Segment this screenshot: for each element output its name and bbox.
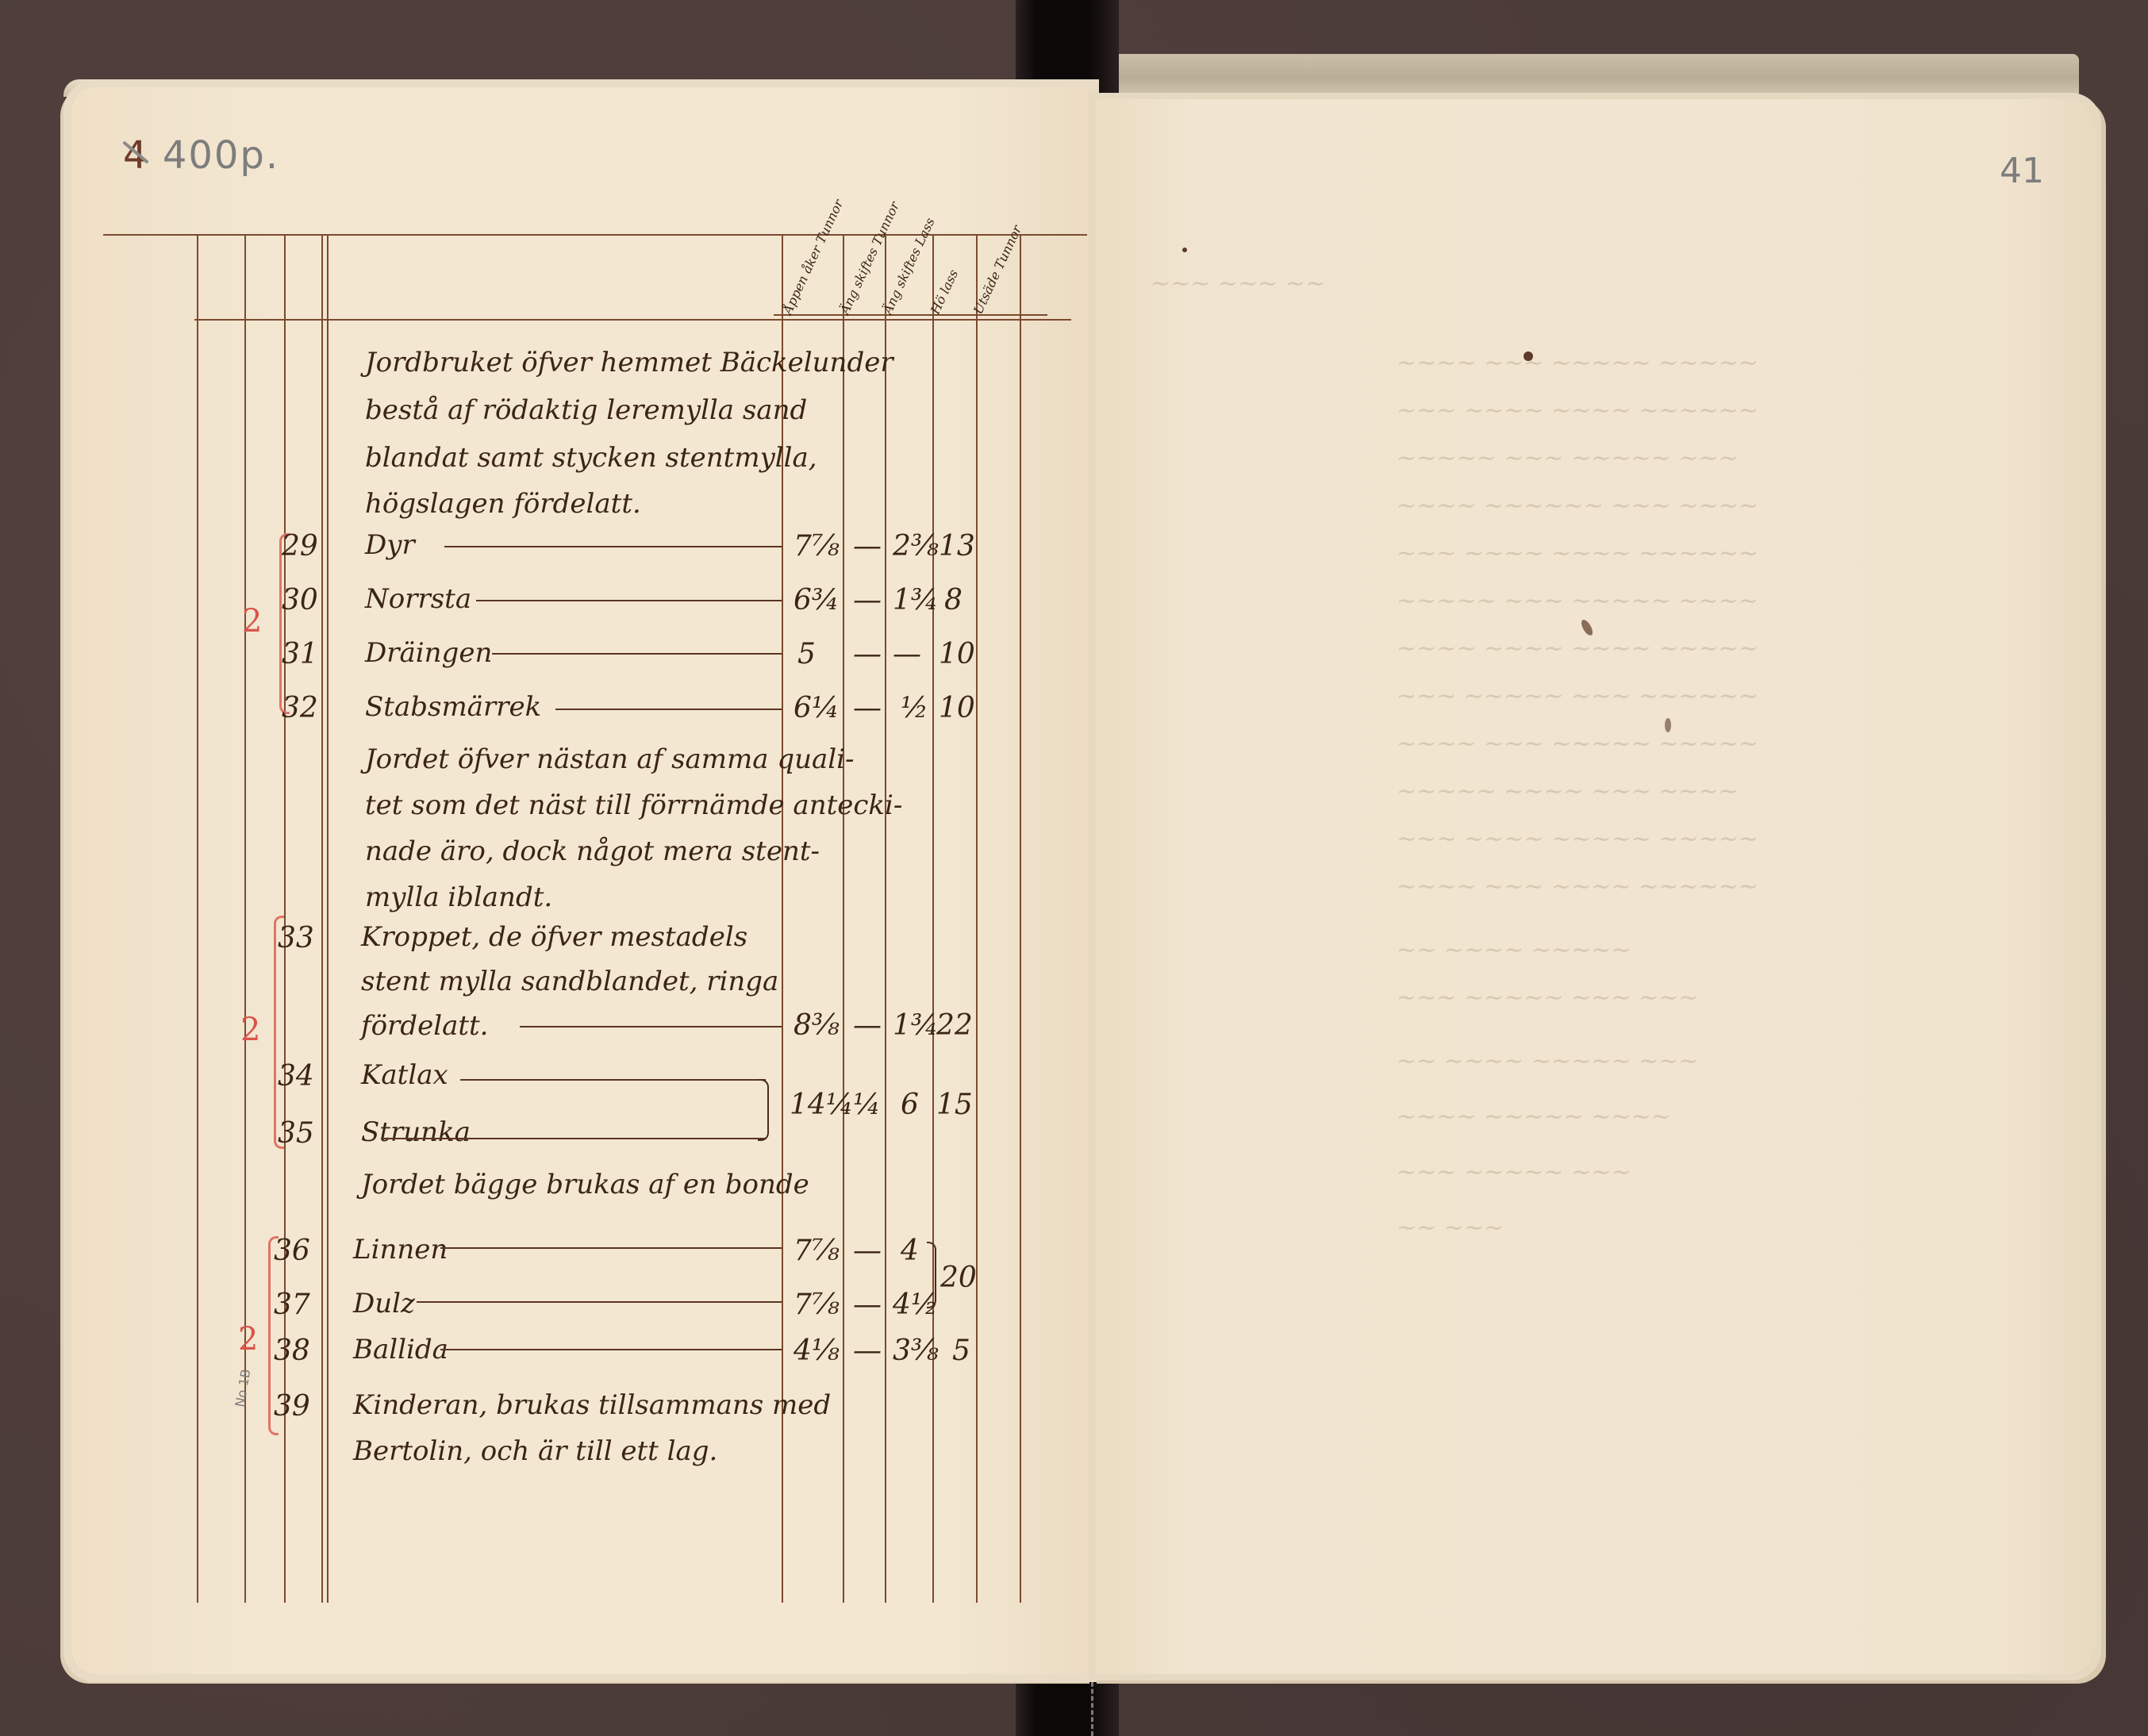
leader-line — [444, 546, 782, 547]
row-name: Linnen — [353, 1228, 448, 1271]
row-number: 37 — [274, 1289, 310, 1321]
value-col-2: — — [853, 638, 882, 670]
leader-line — [417, 1301, 782, 1303]
row-number: 31 — [282, 638, 318, 670]
bleed-through-text: ~~~ ~~~~~ ~~~ ~~~~~~ — [1395, 682, 1761, 710]
col-rule-g — [885, 234, 886, 1603]
leader-line — [555, 709, 782, 710]
bleed-through-text: ~~ ~~~~ ~~~~~ — [1395, 936, 1633, 964]
bleed-through-text: ~~ ~~~ — [1395, 1214, 1506, 1242]
value-col-4: 20 — [940, 1262, 977, 1294]
value-col-2: — — [853, 1009, 882, 1042]
bleed-through-text: ~~~~ ~~~ ~~~~ ~~~~~~ — [1395, 873, 1761, 901]
header-rule — [103, 234, 1087, 236]
value-col-4: 22 — [936, 1009, 973, 1042]
red-group-label-3: 2 — [238, 1321, 258, 1358]
value-col-1: 7⅞ — [793, 1289, 840, 1321]
row-name: Dulz — [353, 1282, 415, 1325]
col-rule-a — [197, 234, 198, 1603]
value-col-2: — — [853, 1335, 882, 1367]
row-name-cont: fördelatt. — [361, 1004, 488, 1047]
middle-line-3: nade äro, dock något mera stent- — [365, 830, 820, 873]
value-col-4: 10 — [939, 692, 975, 724]
value-col-1: 8⅜ — [793, 1009, 840, 1042]
col-rule-j — [1020, 234, 1021, 1603]
bleed-through-text: ~~~ ~~~ ~~ — [1149, 270, 1328, 298]
leader-line — [381, 1138, 766, 1139]
value-col-4: 15 — [936, 1089, 973, 1121]
pencil-ref-text: 400p. — [163, 133, 279, 178]
bleed-through-text: ~~~ ~~~~~ ~~~ ~~~ — [1395, 984, 1700, 1012]
value-col-3: 1¾ — [893, 584, 939, 616]
value-col-3: 3⅜ — [893, 1335, 939, 1367]
ink-spot — [1665, 718, 1671, 732]
value-bracket-36-37 — [927, 1242, 936, 1308]
middle-line-1: Jordet öfver nästan af samma quali- — [365, 738, 855, 781]
value-col-2: — — [853, 584, 882, 616]
row-number: 30 — [282, 584, 318, 616]
intro-line-2: bestå af rödaktig leremylla sand — [365, 389, 807, 432]
value-col-2: — — [853, 1235, 882, 1267]
value-col-1: 7⅞ — [793, 530, 840, 563]
row-name: Stabsmärrek — [365, 686, 541, 728]
value-col-3: ½ — [901, 692, 928, 724]
value-col-4: 13 — [939, 530, 975, 563]
red-group-label-1: 2 — [242, 603, 262, 639]
leader-line — [440, 1247, 782, 1249]
header-bottom-rule — [194, 319, 1071, 321]
bleed-through-text: ~~~ ~~~~ ~~~~ ~~~~~~ — [1395, 397, 1761, 424]
bleed-through-text: ~~~~ ~~~~~~ ~~~ ~~~~ — [1395, 492, 1761, 520]
bleed-through-text: ~~~~ ~~~~~ ~~~~ — [1395, 1103, 1673, 1131]
value-col-1: 5 — [797, 638, 816, 670]
intro-line-3: blandat samt stycken stentmylla, — [365, 436, 817, 479]
row-number: 38 — [274, 1335, 310, 1367]
col-rule-h — [932, 234, 934, 1603]
row-name: Katlax — [361, 1054, 448, 1097]
intro-line-1: Jordbruket öfver hemmet Bäckelunder — [365, 341, 893, 384]
value-col-2: — — [853, 692, 882, 724]
ink-spot — [1182, 248, 1187, 252]
row-bracket-34-35 — [758, 1079, 769, 1141]
value-col-2: — — [853, 1289, 882, 1321]
row-name: Dräingen — [365, 632, 492, 674]
row-name-cont: Bertolin, och är till ett lag. — [353, 1430, 717, 1473]
ink-spot — [1524, 351, 1533, 361]
value-col-1: 4⅛ — [793, 1335, 840, 1367]
leader-line — [520, 1026, 782, 1027]
intro-line-4: högslagen fördelatt. — [365, 482, 641, 525]
value-col-2: ¼ — [853, 1089, 881, 1121]
value-col-3: 1¾ — [893, 1009, 939, 1042]
value-col-4: 8 — [944, 584, 963, 616]
lower-text: Jordet bägge brukas af en bonde — [361, 1163, 809, 1206]
bleed-through-text: ~~~~ ~~~~ ~~~~ ~~~~~ — [1395, 635, 1761, 663]
leader-line — [476, 600, 782, 601]
leader-line — [440, 1349, 782, 1350]
row-number: 39 — [274, 1390, 310, 1423]
bleed-through-text: ~~~~~ ~~~ ~~~~~ ~~~~ — [1395, 587, 1761, 615]
value-col-3: 6 — [901, 1089, 919, 1121]
struck-number: 4 — [123, 133, 149, 178]
col-rule-d — [321, 234, 323, 1603]
row-name-cont: stent mylla sandblandet, ringa — [361, 960, 778, 1003]
folio-number: 41 — [2000, 151, 2044, 191]
value-col-1: 7⅞ — [793, 1235, 840, 1267]
row-number: 35 — [278, 1117, 314, 1150]
bleed-through-text: ~~~~~ ~~~ ~~~~~ ~~~ — [1395, 444, 1741, 472]
col-rule-f — [843, 234, 844, 1603]
row-number: 33 — [278, 922, 314, 954]
header-bottom-rule-double — [774, 314, 1047, 316]
bleed-through-text: ~~~~~ ~~~~ ~~~ ~~~~ — [1395, 778, 1741, 805]
row-name: Kinderan, brukas tillsammans med — [353, 1384, 831, 1427]
value-col-4: 10 — [939, 638, 975, 670]
value-col-2: — — [853, 530, 882, 563]
value-col-1: 6¾ — [793, 584, 840, 616]
value-col-1: 14¼ — [790, 1089, 854, 1121]
row-number: 34 — [278, 1060, 314, 1093]
bleed-through-text: ~~~ ~~~~ ~~~~~ ~~~~~ — [1395, 825, 1761, 853]
value-col-4: 5 — [952, 1335, 970, 1367]
row-number: 29 — [282, 530, 318, 563]
right-page-stack-edge — [1111, 54, 2079, 102]
value-col-1: 6¼ — [793, 692, 840, 724]
bleed-through-text: ~~~~ ~~~ ~~~~~ ~~~~~ — [1395, 349, 1761, 377]
row-name: Kroppet, de öfver mestadels — [361, 916, 747, 958]
col-rule-i — [976, 234, 978, 1603]
leader-line — [492, 653, 782, 655]
pencil-reference: 4 400p. — [123, 133, 279, 178]
bleed-through-text: ~~~ ~~~~~ ~~~ — [1395, 1158, 1633, 1186]
value-col-3: 2⅜ — [893, 530, 939, 563]
leader-line — [460, 1079, 766, 1081]
row-name: Dyr — [365, 524, 415, 567]
row-name: Ballida — [353, 1328, 448, 1371]
middle-line-2: tet som det näst till förrnämde antecki- — [365, 784, 902, 827]
red-group-label-2: 2 — [240, 1012, 260, 1048]
value-col-3: 4 — [901, 1235, 919, 1267]
bleed-through-text: ~~~ ~~~~ ~~~~ ~~~~~~ — [1395, 540, 1761, 567]
row-number: 32 — [282, 692, 318, 724]
bleed-through-text: ~~ ~~~~ ~~~~~ ~~~ — [1395, 1047, 1700, 1075]
row-number: 36 — [274, 1235, 310, 1267]
row-name: Strunka — [361, 1111, 471, 1154]
bleed-through-text: ~~~~ ~~~ ~~~~~ ~~~~~ — [1395, 730, 1761, 758]
col-rule-d2 — [327, 234, 329, 1603]
value-col-3: — — [893, 638, 921, 670]
middle-line-4: mylla iblandt. — [365, 876, 552, 919]
row-name: Norrsta — [365, 578, 471, 620]
